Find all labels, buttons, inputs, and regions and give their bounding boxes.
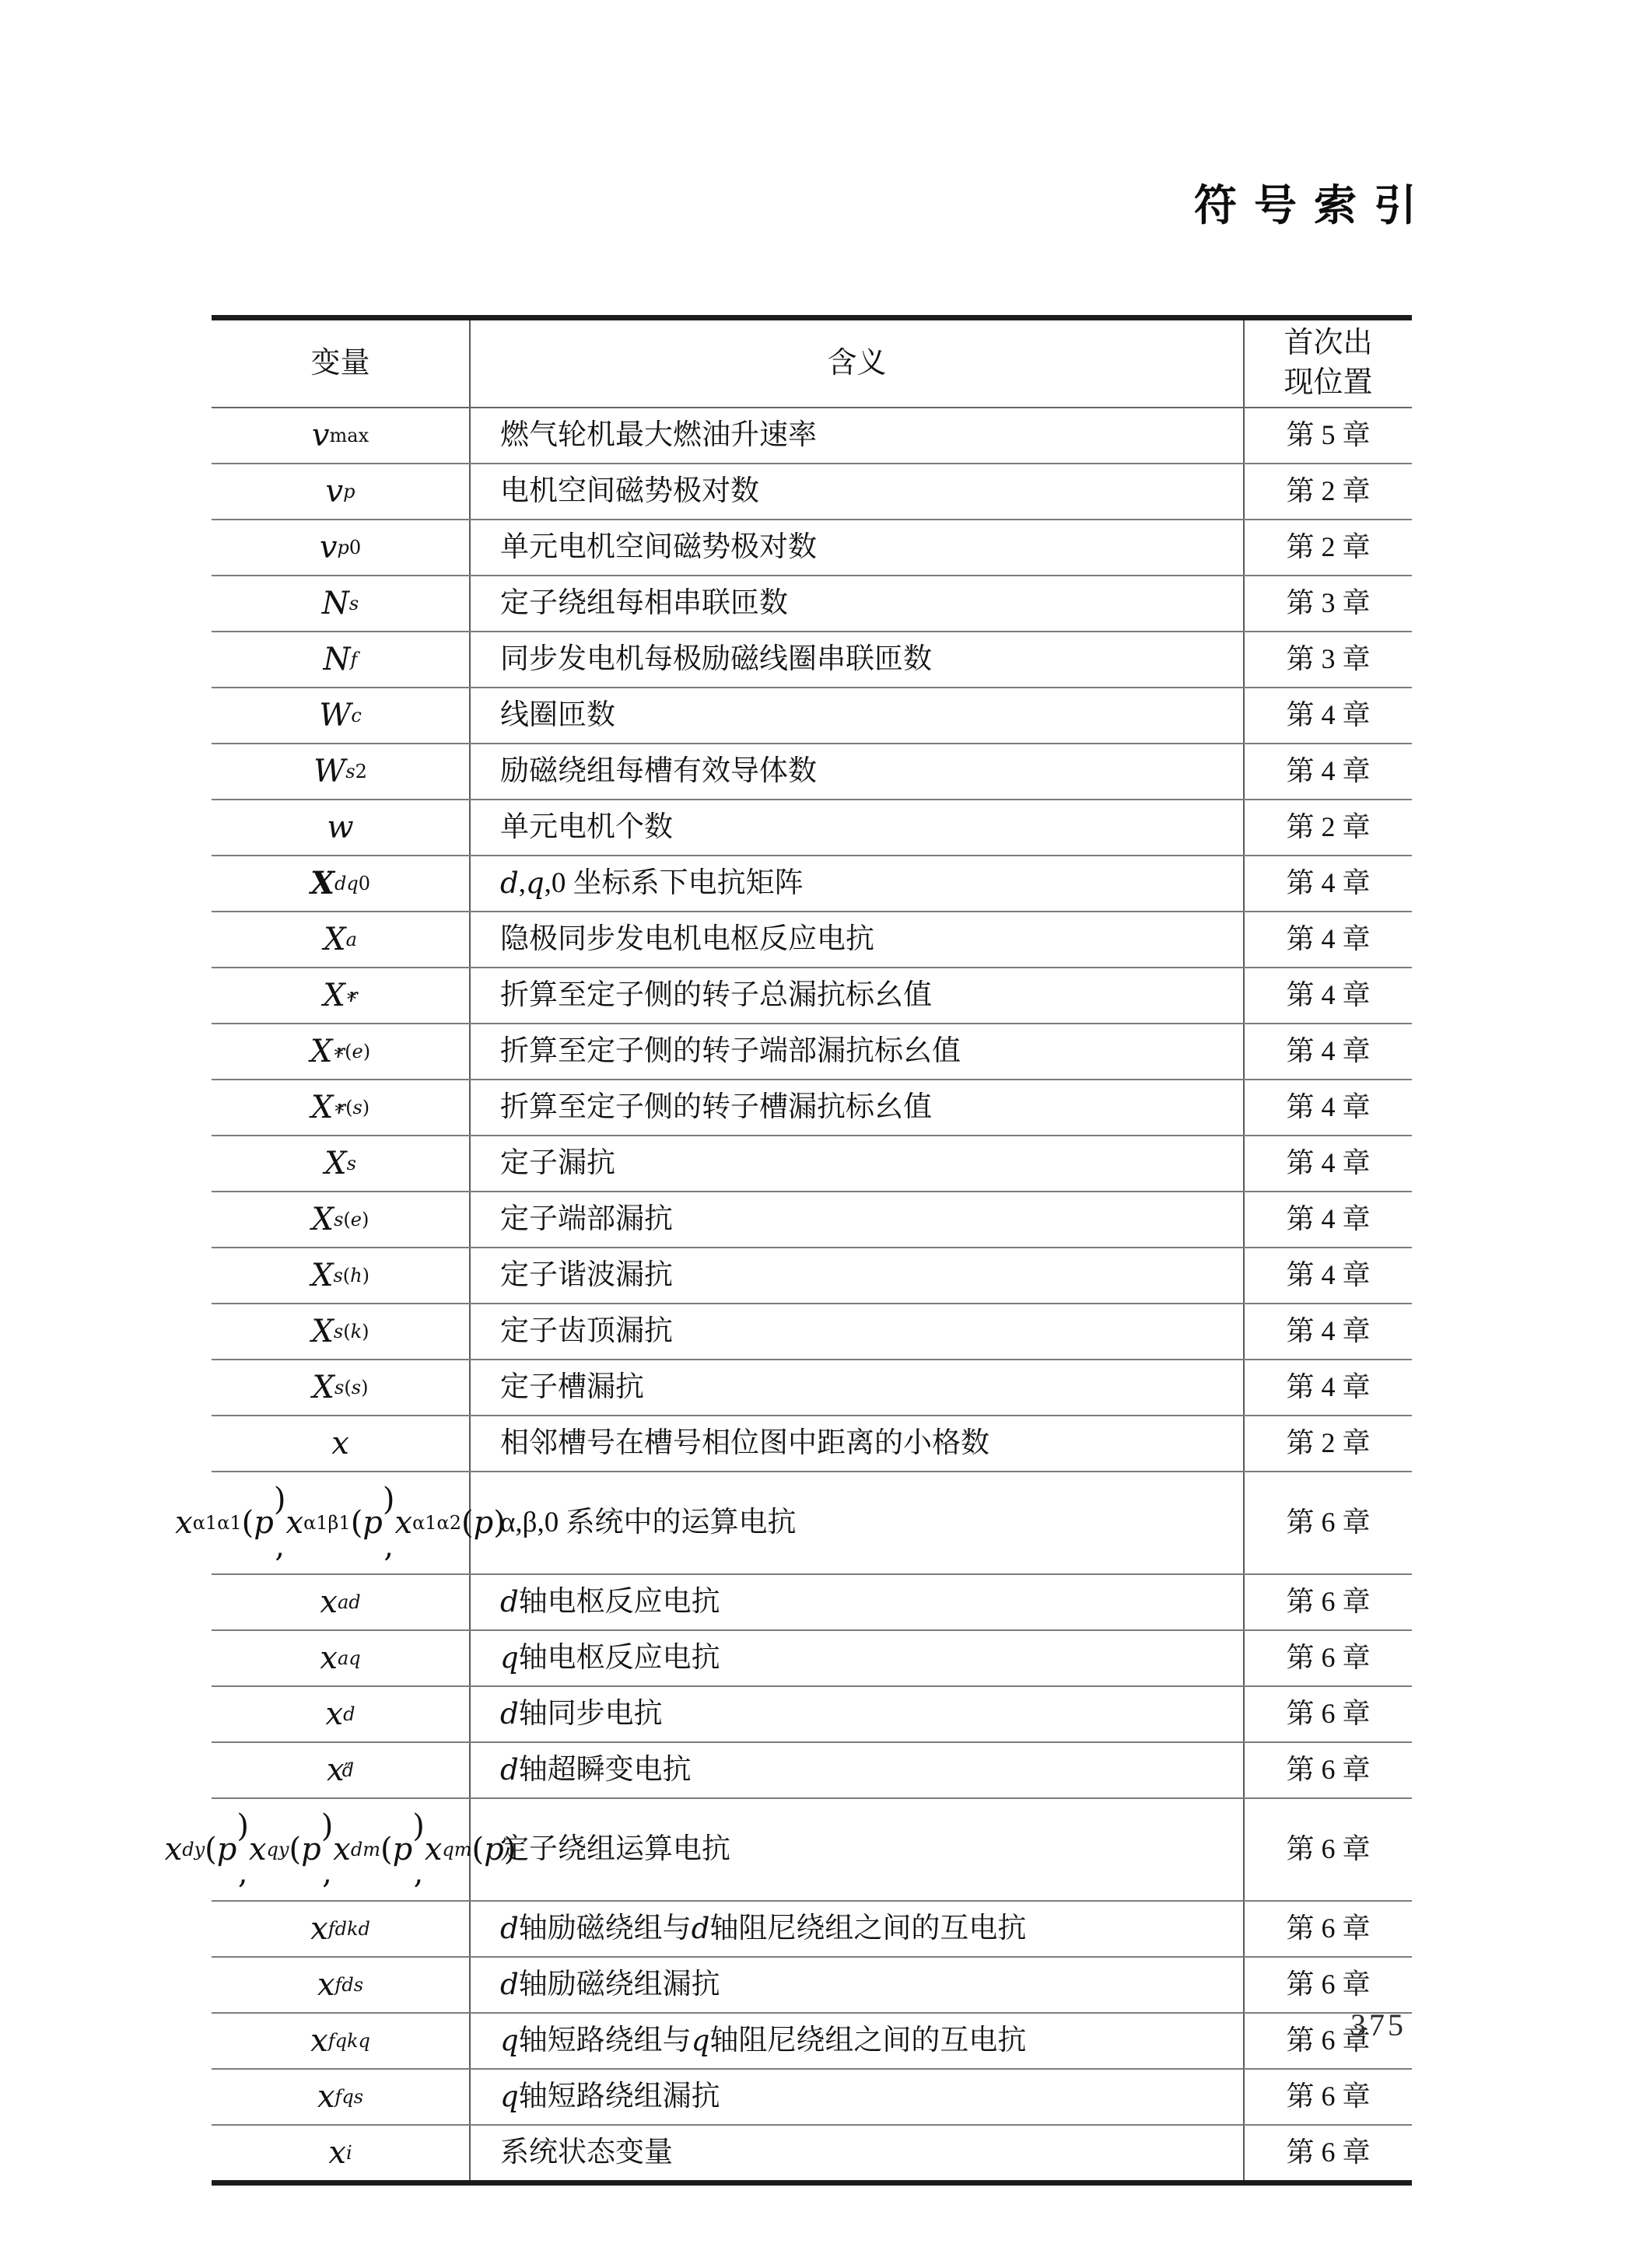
chapter-cell: 第 3 章 bbox=[1245, 576, 1412, 631]
table-row: X∗r(e)折算至定子侧的转子端部漏抗标幺值第 4 章 bbox=[212, 1024, 1412, 1080]
variable-cell: vmax bbox=[212, 408, 471, 463]
table-row: vp电机空间磁势极对数第 2 章 bbox=[212, 464, 1412, 520]
variable-cell: Xs(e) bbox=[212, 1192, 471, 1247]
table-row: xdd 轴同步电抗第 6 章 bbox=[212, 1687, 1412, 1743]
table-row: w单元电机个数第 2 章 bbox=[212, 800, 1412, 856]
variable-cell: xα1α1 (p) ,xα1β1 (p) ,xα1α2 (p) bbox=[212, 1472, 471, 1573]
variable-cell: Xs bbox=[212, 1136, 471, 1191]
symbol-table: 变量 含义 首次出现位置 vmax燃气轮机最大燃油升速率第 5 章vp电机空间磁… bbox=[212, 315, 1412, 2186]
meaning-cell: 定子绕组运算电抗 bbox=[471, 1799, 1245, 1900]
column-header-variable: 变量 bbox=[212, 320, 471, 407]
meaning-cell: 折算至定子侧的转子槽漏抗标幺值 bbox=[471, 1080, 1245, 1135]
variable-cell: Xdq0 bbox=[212, 856, 471, 911]
variable-cell: xaq bbox=[212, 1631, 471, 1685]
variable-cell: xfds bbox=[212, 1958, 471, 2012]
meaning-cell: 单元电机个数 bbox=[471, 800, 1245, 855]
table-row: X∗r折算至定子侧的转子总漏抗标幺值第 4 章 bbox=[212, 968, 1412, 1024]
page-title: 符号索引 bbox=[1194, 171, 1434, 233]
variable-cell: Xs(k) bbox=[212, 1304, 471, 1359]
meaning-cell: 单元电机空间磁势极对数 bbox=[471, 520, 1245, 575]
table-row: xfdkdd 轴励磁绕组与 d 轴阻尼绕组之间的互电抗第 6 章 bbox=[212, 1902, 1412, 1958]
meaning-cell: 定子槽漏抗 bbox=[471, 1360, 1245, 1415]
chapter-cell: 第 2 章 bbox=[1245, 464, 1412, 519]
table-row: xα1α1 (p) ,xα1β1 (p) ,xα1α2 (p)α,β,0 系统中… bbox=[212, 1472, 1412, 1575]
meaning-cell: q 轴短路绕组与 q 轴阻尼绕组之间的互电抗 bbox=[471, 2014, 1245, 2068]
meaning-cell: 同步发电机每极励磁线圈串联匝数 bbox=[471, 632, 1245, 687]
variable-cell: xfqkq bbox=[212, 2014, 471, 2068]
variable-cell: Xs(s) bbox=[212, 1360, 471, 1415]
meaning-cell: 励磁绕组每槽有效导体数 bbox=[471, 744, 1245, 799]
chapter-cell: 第 6 章 bbox=[1245, 1631, 1412, 1685]
table-row: xfdsd 轴励磁绕组漏抗第 6 章 bbox=[212, 1958, 1412, 2014]
meaning-cell: 隐极同步发电机电枢反应电抗 bbox=[471, 912, 1245, 967]
table-row: Ns定子绕组每相串联匝数第 3 章 bbox=[212, 576, 1412, 632]
table-row: Xs定子漏抗第 4 章 bbox=[212, 1136, 1412, 1192]
variable-cell: Xa bbox=[212, 912, 471, 967]
meaning-cell: 系统状态变量 bbox=[471, 2126, 1245, 2180]
chapter-cell: 第 4 章 bbox=[1245, 1192, 1412, 1247]
chapter-cell: 第 4 章 bbox=[1245, 1360, 1412, 1415]
variable-cell: xfqs bbox=[212, 2070, 471, 2124]
chapter-cell: 第 6 章 bbox=[1245, 1743, 1412, 1797]
meaning-cell: d 轴超瞬变电抗 bbox=[471, 1743, 1245, 1797]
column-header-meaning: 含义 bbox=[471, 320, 1245, 407]
book-page: 符号索引 变量 含义 首次出现位置 vmax燃气轮机最大燃油升速率第 5 章vp… bbox=[0, 0, 1625, 2268]
table-row: Xs(h)定子谐波漏抗第 4 章 bbox=[212, 1248, 1412, 1304]
variable-cell: x″d bbox=[212, 1743, 471, 1797]
chapter-cell: 第 6 章 bbox=[1245, 1799, 1412, 1900]
variable-cell: w bbox=[212, 800, 471, 855]
variable-cell: xdy (p) ,xqy (p) ,xdm (p) ,xqm (p) bbox=[212, 1799, 471, 1900]
meaning-cell: 燃气轮机最大燃油升速率 bbox=[471, 408, 1245, 463]
meaning-cell: 折算至定子侧的转子总漏抗标幺值 bbox=[471, 968, 1245, 1023]
table-row: x″dd 轴超瞬变电抗第 6 章 bbox=[212, 1743, 1412, 1799]
table-row: Nf同步发电机每极励磁线圈串联匝数第 3 章 bbox=[212, 632, 1412, 688]
chapter-cell: 第 6 章 bbox=[1245, 2126, 1412, 2180]
table-row: Xdq0d,q,0 坐标系下电抗矩阵第 4 章 bbox=[212, 856, 1412, 912]
meaning-cell: 定子谐波漏抗 bbox=[471, 1248, 1245, 1303]
table-row: xi系统状态变量第 6 章 bbox=[212, 2126, 1412, 2180]
chapter-cell: 第 4 章 bbox=[1245, 1024, 1412, 1079]
chapter-cell: 第 4 章 bbox=[1245, 744, 1412, 799]
table-row: vp0单元电机空间磁势极对数第 2 章 bbox=[212, 520, 1412, 576]
chapter-cell: 第 3 章 bbox=[1245, 632, 1412, 687]
meaning-cell: α,β,0 系统中的运算电抗 bbox=[471, 1472, 1245, 1573]
table-row: Xs(s)定子槽漏抗第 4 章 bbox=[212, 1360, 1412, 1416]
table-row: xaqq 轴电枢反应电抗第 6 章 bbox=[212, 1631, 1412, 1687]
table-body: vmax燃气轮机最大燃油升速率第 5 章vp电机空间磁势极对数第 2 章vp0单… bbox=[212, 408, 1412, 2180]
table-row: Wc线圈匝数第 4 章 bbox=[212, 688, 1412, 744]
variable-cell: vp bbox=[212, 464, 471, 519]
table-row: xdy (p) ,xqy (p) ,xdm (p) ,xqm (p)定子绕组运算… bbox=[212, 1799, 1412, 1902]
variable-cell: xd bbox=[212, 1687, 471, 1741]
table-row: X∗r(s)折算至定子侧的转子槽漏抗标幺值第 4 章 bbox=[212, 1080, 1412, 1136]
table-row: xadd 轴电枢反应电抗第 6 章 bbox=[212, 1575, 1412, 1631]
chapter-cell: 第 5 章 bbox=[1245, 408, 1412, 463]
table-row: vmax燃气轮机最大燃油升速率第 5 章 bbox=[212, 408, 1412, 464]
table-row: Xs(e)定子端部漏抗第 4 章 bbox=[212, 1192, 1412, 1248]
variable-cell: xi bbox=[212, 2126, 471, 2180]
chapter-cell: 第 4 章 bbox=[1245, 688, 1412, 743]
chapter-cell: 第 2 章 bbox=[1245, 520, 1412, 575]
chapter-cell: 第 4 章 bbox=[1245, 1080, 1412, 1135]
chapter-cell: 第 2 章 bbox=[1245, 800, 1412, 855]
variable-cell: X∗r(e) bbox=[212, 1024, 471, 1079]
table-row: Ws2励磁绕组每槽有效导体数第 4 章 bbox=[212, 744, 1412, 800]
variable-cell: Nf bbox=[212, 632, 471, 687]
chapter-cell: 第 6 章 bbox=[1245, 1472, 1412, 1573]
meaning-cell: 定子齿顶漏抗 bbox=[471, 1304, 1245, 1359]
variable-cell: x bbox=[212, 1416, 471, 1471]
meaning-cell: q 轴电枢反应电抗 bbox=[471, 1631, 1245, 1685]
table-row: Xa隐极同步发电机电枢反应电抗第 4 章 bbox=[212, 912, 1412, 968]
chapter-cell: 第 4 章 bbox=[1245, 1304, 1412, 1359]
table-row: xfqsq 轴短路绕组漏抗第 6 章 bbox=[212, 2070, 1412, 2126]
chapter-cell: 第 2 章 bbox=[1245, 1416, 1412, 1471]
variable-cell: Xs(h) bbox=[212, 1248, 471, 1303]
variable-cell: vp0 bbox=[212, 520, 471, 575]
chapter-cell: 第 4 章 bbox=[1245, 856, 1412, 911]
chapter-cell: 第 4 章 bbox=[1245, 1136, 1412, 1191]
meaning-cell: d 轴同步电抗 bbox=[471, 1687, 1245, 1741]
chapter-cell: 第 4 章 bbox=[1245, 912, 1412, 967]
chapter-cell: 第 4 章 bbox=[1245, 1248, 1412, 1303]
chapter-cell: 第 6 章 bbox=[1245, 1958, 1412, 2012]
column-header-first-appearance: 首次出现位置 bbox=[1245, 320, 1412, 407]
chapter-cell: 第 4 章 bbox=[1245, 968, 1412, 1023]
chapter-cell: 第 6 章 bbox=[1245, 1902, 1412, 1956]
variable-cell: xad bbox=[212, 1575, 471, 1629]
meaning-cell: 电机空间磁势极对数 bbox=[471, 464, 1245, 519]
meaning-cell: 相邻槽号在槽号相位图中距离的小格数 bbox=[471, 1416, 1245, 1471]
meaning-cell: 定子漏抗 bbox=[471, 1136, 1245, 1191]
variable-cell: Ns bbox=[212, 576, 471, 631]
meaning-cell: 定子绕组每相串联匝数 bbox=[471, 576, 1245, 631]
table-header-row: 变量 含义 首次出现位置 bbox=[212, 320, 1412, 408]
chapter-cell: 第 6 章 bbox=[1245, 1575, 1412, 1629]
meaning-cell: 定子端部漏抗 bbox=[471, 1192, 1245, 1247]
variable-cell: Wc bbox=[212, 688, 471, 743]
meaning-cell: d 轴励磁绕组与 d 轴阻尼绕组之间的互电抗 bbox=[471, 1902, 1245, 1956]
meaning-cell: q 轴短路绕组漏抗 bbox=[471, 2070, 1245, 2124]
variable-cell: X∗r(s) bbox=[212, 1080, 471, 1135]
variable-cell: xfdkd bbox=[212, 1902, 471, 1956]
meaning-cell: 线圈匝数 bbox=[471, 688, 1245, 743]
meaning-cell: d 轴励磁绕组漏抗 bbox=[471, 1958, 1245, 2012]
variable-cell: Ws2 bbox=[212, 744, 471, 799]
meaning-cell: d 轴电枢反应电抗 bbox=[471, 1575, 1245, 1629]
page-number: 375 bbox=[1350, 2007, 1406, 2043]
chapter-cell: 第 6 章 bbox=[1245, 2070, 1412, 2124]
meaning-cell: 折算至定子侧的转子端部漏抗标幺值 bbox=[471, 1024, 1245, 1079]
meaning-cell: d,q,0 坐标系下电抗矩阵 bbox=[471, 856, 1245, 911]
table-row: Xs(k)定子齿顶漏抗第 4 章 bbox=[212, 1304, 1412, 1360]
chapter-cell: 第 6 章 bbox=[1245, 1687, 1412, 1741]
table-row: xfqkqq 轴短路绕组与 q 轴阻尼绕组之间的互电抗第 6 章 bbox=[212, 2014, 1412, 2070]
table-row: x相邻槽号在槽号相位图中距离的小格数第 2 章 bbox=[212, 1416, 1412, 1472]
variable-cell: X∗r bbox=[212, 968, 471, 1023]
